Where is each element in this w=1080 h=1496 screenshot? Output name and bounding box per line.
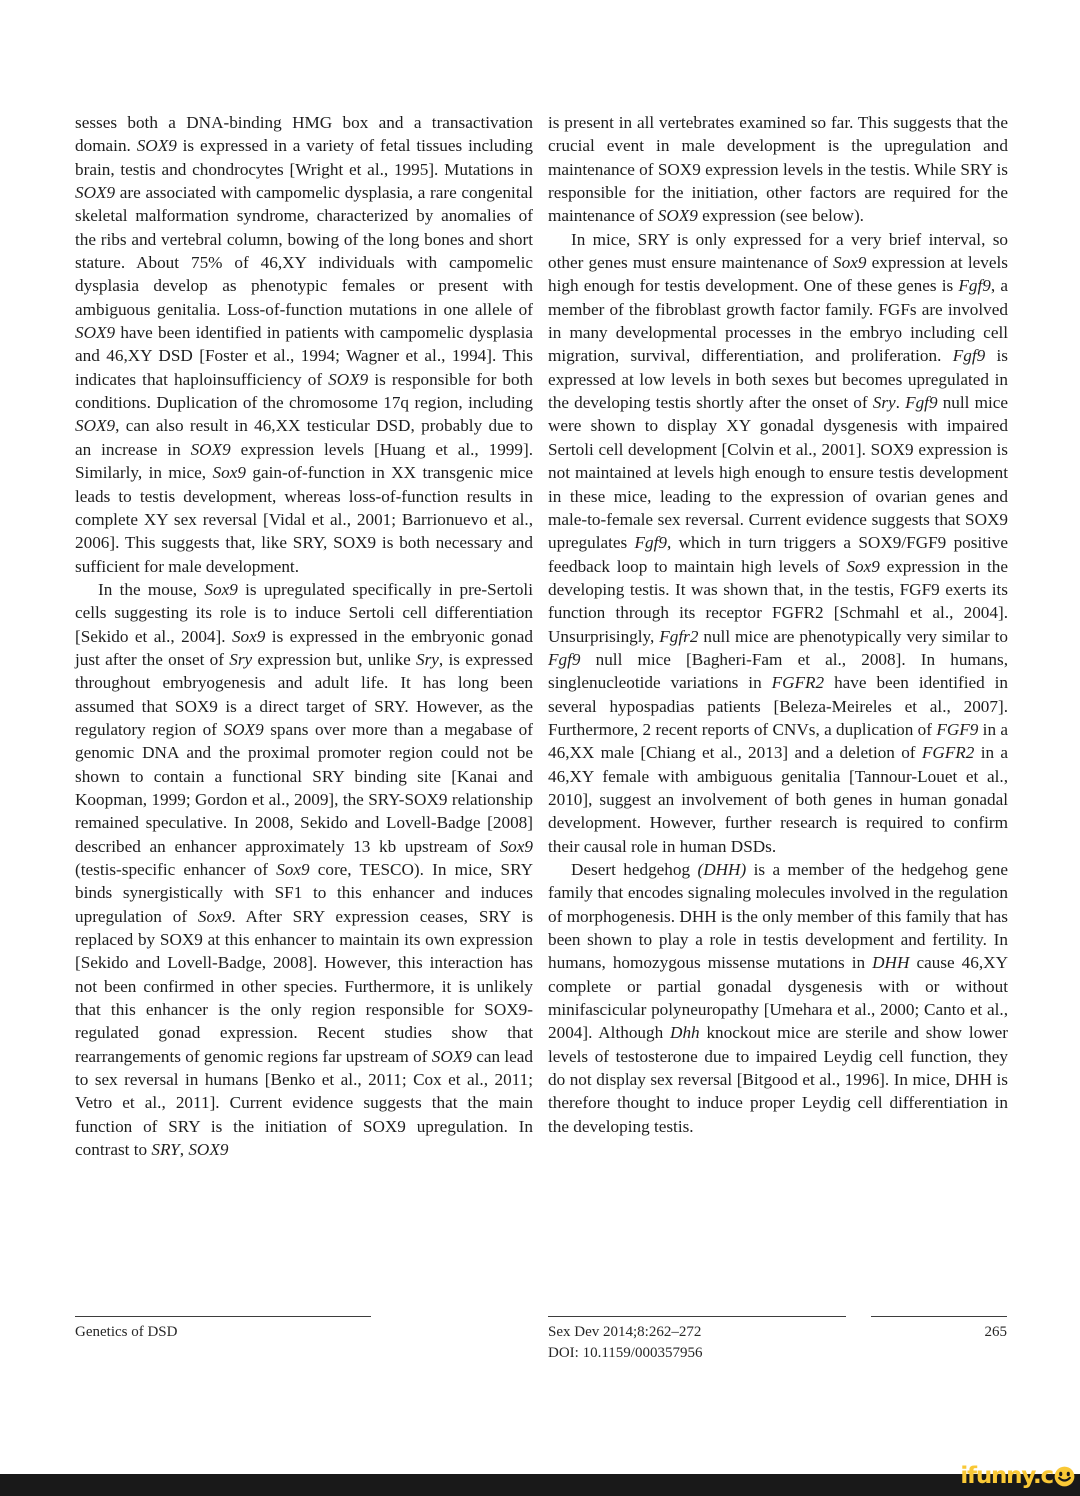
footer-rule xyxy=(75,1316,371,1317)
paragraph: In the mouse, Sox9 is upregulated specif… xyxy=(75,578,533,1162)
paragraph: In mice, SRY is only expressed for a ver… xyxy=(548,228,1008,858)
footer-page-number-block: 265 xyxy=(871,1316,1007,1342)
paragraph: sesses both a DNA-binding HMG box and a … xyxy=(75,111,533,578)
paragraph: Desert hedgehog (DHH) is a member of the… xyxy=(548,858,1008,1138)
page-root: sesses both a DNA-binding HMG box and a … xyxy=(0,0,1080,1496)
running-title: Genetics of DSD xyxy=(75,1322,371,1342)
page-number: 265 xyxy=(871,1322,1007,1342)
ifunny-logo-text: ifunny.c xyxy=(960,1465,1053,1488)
footer-running-title-block: Genetics of DSD xyxy=(75,1316,371,1342)
text-column-right: is present in all vertebrates examined s… xyxy=(548,111,1008,1138)
citation-line: Sex Dev 2014;8:262–272 xyxy=(548,1322,846,1342)
watermark-bar xyxy=(0,1474,1080,1496)
text-column-left: sesses both a DNA-binding HMG box and a … xyxy=(75,111,533,1161)
doi-line: DOI: 10.1159/000357956 xyxy=(548,1343,846,1363)
paragraph: is present in all vertebrates examined s… xyxy=(548,111,1008,228)
ifunny-logo: ifunny.c xyxy=(960,1465,1075,1488)
footer-rule xyxy=(871,1316,1007,1317)
footer-rule xyxy=(548,1316,846,1317)
footer-citation-block: Sex Dev 2014;8:262–272 DOI: 10.1159/0003… xyxy=(548,1316,846,1363)
smiley-face-icon xyxy=(1054,1466,1075,1487)
